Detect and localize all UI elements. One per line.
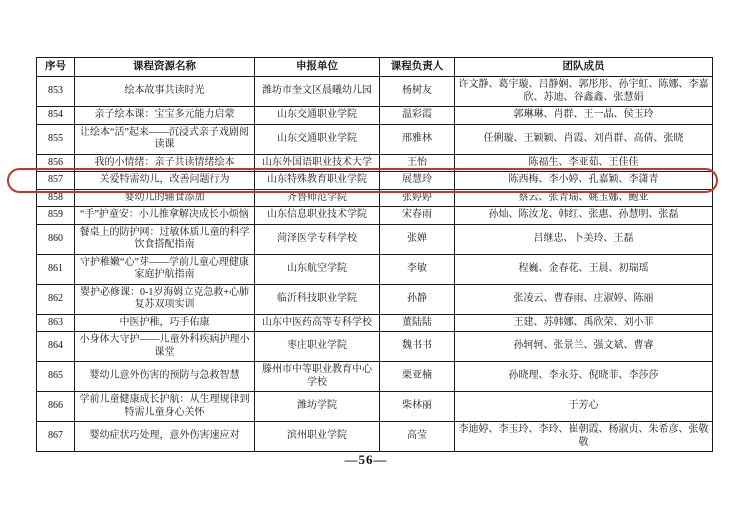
cell-course-leader: 栗亚楠 bbox=[380, 362, 455, 392]
cell-course-name: 绘本故事共读时光 bbox=[75, 77, 255, 107]
cell-course-name: 餐桌上的防护网：过敏体质儿童的科学饮食搭配指南 bbox=[75, 224, 255, 254]
cell-course-name: “手”护童安：小儿推拿解决成长小烦恼 bbox=[75, 207, 255, 225]
cell-course-name: 守护稚嫩“心”芽——学前儿童心理健康家庭护航指南 bbox=[75, 254, 255, 284]
page-number: —56— bbox=[0, 452, 732, 468]
cell-serial-number: 853 bbox=[37, 77, 75, 107]
cell-team-members: 于芳心 bbox=[455, 392, 713, 422]
table-row: 867 婴幼症状巧处理，意外伤害速应对 滨州职业学院 高莹 李迪婷、李玉玲、李玲… bbox=[37, 422, 713, 452]
cell-course-leader: 温彩霞 bbox=[380, 107, 455, 125]
table-row: 853 绘本故事共读时光 潍坊市奎文区晨曦幼儿园 杨树友 许文静、葛宇璇、吕静娴… bbox=[37, 77, 713, 107]
table-row: 857 关爱特需幼儿，改善问题行为 山东特殊教育职业学院 展慧玲 陈西梅、李小婷… bbox=[37, 172, 713, 190]
cell-applicant-unit: 滨州职业学院 bbox=[255, 422, 380, 452]
cell-serial-number: 864 bbox=[37, 332, 75, 362]
table-row: 858 婴幼儿的辅食添加 齐鲁师范学院 张婷婷 蔡云、张青瑞、姚玉娜、鲍亚 bbox=[37, 189, 713, 207]
cell-serial-number: 862 bbox=[37, 284, 75, 314]
cell-serial-number: 854 bbox=[37, 107, 75, 125]
cell-applicant-unit: 山东信息职业技术学院 bbox=[255, 207, 380, 225]
cell-team-members: 蔡云、张青瑞、姚玉娜、鲍亚 bbox=[455, 189, 713, 207]
cell-applicant-unit: 山东航空学院 bbox=[255, 254, 380, 284]
cell-course-leader: 张婵 bbox=[380, 224, 455, 254]
cell-team-members: 郭琳琳、肖群、王一晶、侯玉玲 bbox=[455, 107, 713, 125]
cell-team-members: 许文静、葛宇璇、吕静娴、郭彤彤、孙宇虹、陈娜、李嘉欣、苏迪、谷鑫鑫、张慧娟 bbox=[455, 77, 713, 107]
cell-team-members: 程巍、金春花、王晨、初瑞瑶 bbox=[455, 254, 713, 284]
column-header: 课程资源名称 bbox=[75, 58, 255, 77]
cell-serial-number: 858 bbox=[37, 189, 75, 207]
table-row: 864 小身体大守护——儿童外科疾病护理小课堂 枣庄职业学院 魏书书 孙轲轲、张… bbox=[37, 332, 713, 362]
cell-serial-number: 857 bbox=[37, 172, 75, 190]
table-row: 866 学前儿童健康成长护航：从生理规律到特需儿童身心关怀 潍坊学院 柴林丽 于… bbox=[37, 392, 713, 422]
cell-course-name: 学前儿童健康成长护航：从生理规律到特需儿童身心关怀 bbox=[75, 392, 255, 422]
cell-course-leader: 李敏 bbox=[380, 254, 455, 284]
table-header-row: 序号课程资源名称申报单位课程负责人团队成员 bbox=[37, 58, 713, 77]
cell-course-name: 我的小情绪：亲子共读情绪绘本 bbox=[75, 154, 255, 172]
cell-applicant-unit: 山东交通职业学院 bbox=[255, 107, 380, 125]
cell-course-leader: 邢雅林 bbox=[380, 124, 455, 154]
cell-applicant-unit: 山东中医药高等专科学校 bbox=[255, 314, 380, 332]
cell-course-name: 关爱特需幼儿，改善问题行为 bbox=[75, 172, 255, 190]
column-header: 团队成员 bbox=[455, 58, 713, 77]
cell-applicant-unit: 齐鲁师范学院 bbox=[255, 189, 380, 207]
cell-course-leader: 魏书书 bbox=[380, 332, 455, 362]
column-header: 课程负责人 bbox=[380, 58, 455, 77]
cell-serial-number: 860 bbox=[37, 224, 75, 254]
cell-course-leader: 高莹 bbox=[380, 422, 455, 452]
table-row: 859 “手”护童安：小儿推拿解决成长小烦恼 山东信息职业技术学院 宋春雨 孙灿… bbox=[37, 207, 713, 225]
cell-course-name: 小身体大守护——儿童外科疾病护理小课堂 bbox=[75, 332, 255, 362]
cell-course-name: 让绘本“活”起来——沉浸式亲子戏剧阅读课 bbox=[75, 124, 255, 154]
cell-team-members: 张凌云、曹春雨、庄淑婷、陈丽 bbox=[455, 284, 713, 314]
cell-team-members: 孙灿、陈汝龙、韩红、张惠、孙慧明、张磊 bbox=[455, 207, 713, 225]
cell-serial-number: 863 bbox=[37, 314, 75, 332]
cell-course-name: 婴幼症状巧处理，意外伤害速应对 bbox=[75, 422, 255, 452]
cell-serial-number: 856 bbox=[37, 154, 75, 172]
cell-course-name: 婴幼儿的辅食添加 bbox=[75, 189, 255, 207]
cell-applicant-unit: 山东特殊教育职业学院 bbox=[255, 172, 380, 190]
cell-serial-number: 859 bbox=[37, 207, 75, 225]
cell-applicant-unit: 菏泽医学专科学校 bbox=[255, 224, 380, 254]
cell-applicant-unit: 枣庄职业学院 bbox=[255, 332, 380, 362]
cell-course-leader: 展慧玲 bbox=[380, 172, 455, 190]
column-header: 序号 bbox=[37, 58, 75, 77]
cell-course-name: 婴护必修课：0-1岁海姆立克急救+心肺复苏双项实训 bbox=[75, 284, 255, 314]
cell-applicant-unit: 潍坊市奎文区晨曦幼儿园 bbox=[255, 77, 380, 107]
cell-applicant-unit: 山东外国语职业技术大学 bbox=[255, 154, 380, 172]
cell-course-leader: 杨树友 bbox=[380, 77, 455, 107]
table-row: 862 婴护必修课：0-1岁海姆立克急救+心肺复苏双项实训 临沂科技职业学院 孙… bbox=[37, 284, 713, 314]
cell-team-members: 孙晓理、李永芬、倪晓菲、李莎莎 bbox=[455, 362, 713, 392]
cell-team-members: 李迪婷、李玉玲、李玲、崔朝霞、杨淑贞、朱希彦、张敬敬 bbox=[455, 422, 713, 452]
cell-serial-number: 867 bbox=[37, 422, 75, 452]
table-row: 856 我的小情绪：亲子共读情绪绘本 山东外国语职业技术大学 王怡 陈福生、李亚… bbox=[37, 154, 713, 172]
cell-course-leader: 柴林丽 bbox=[380, 392, 455, 422]
cell-course-name: 亲子绘本课：宝宝多元能力启蒙 bbox=[75, 107, 255, 125]
cell-course-name: 婴幼儿意外伤害的预防与急救智慧 bbox=[75, 362, 255, 392]
cell-team-members: 王建、苏韩娜、禹欣荣、刘小菲 bbox=[455, 314, 713, 332]
cell-applicant-unit: 山东交通职业学院 bbox=[255, 124, 380, 154]
cell-team-members: 陈西梅、李小婷、孔嘉颖、李潇青 bbox=[455, 172, 713, 190]
table-row: 860 餐桌上的防护网：过敏体质儿童的科学饮食搭配指南 菏泽医学专科学校 张婵 … bbox=[37, 224, 713, 254]
cell-applicant-unit: 滕州市中等职业教育中心学校 bbox=[255, 362, 380, 392]
cell-course-name: 中医护稚，巧手佑康 bbox=[75, 314, 255, 332]
cell-course-leader: 董陆陆 bbox=[380, 314, 455, 332]
table-row: 863 中医护稚，巧手佑康 山东中医药高等专科学校 董陆陆 王建、苏韩娜、禹欣荣… bbox=[37, 314, 713, 332]
cell-course-leader: 宋春雨 bbox=[380, 207, 455, 225]
table-row: 861 守护稚嫩“心”芽——学前儿童心理健康家庭护航指南 山东航空学院 李敏 程… bbox=[37, 254, 713, 284]
column-header: 申报单位 bbox=[255, 58, 380, 77]
table-row: 855 让绘本“活”起来——沉浸式亲子戏剧阅读课 山东交通职业学院 邢雅林 任俐… bbox=[37, 124, 713, 154]
cell-serial-number: 865 bbox=[37, 362, 75, 392]
cell-team-members: 陈福生、李亚茹、王佳佳 bbox=[455, 154, 713, 172]
cell-course-leader: 张婷婷 bbox=[380, 189, 455, 207]
cell-serial-number: 866 bbox=[37, 392, 75, 422]
cell-serial-number: 855 bbox=[37, 124, 75, 154]
table-row: 865 婴幼儿意外伤害的预防与急救智慧 滕州市中等职业教育中心学校 栗亚楠 孙晓… bbox=[37, 362, 713, 392]
cell-serial-number: 861 bbox=[37, 254, 75, 284]
cell-applicant-unit: 潍坊学院 bbox=[255, 392, 380, 422]
document-page: 序号课程资源名称申报单位课程负责人团队成员 853 绘本故事共读时光 潍坊市奎文… bbox=[0, 0, 732, 518]
table-row: 854 亲子绘本课：宝宝多元能力启蒙 山东交通职业学院 温彩霞 郭琳琳、肖群、王… bbox=[37, 107, 713, 125]
cell-course-leader: 王怡 bbox=[380, 154, 455, 172]
cell-team-members: 任俐璇、王颖颖、肖霞、刘肖群、高倩、张晓 bbox=[455, 124, 713, 154]
cell-applicant-unit: 临沂科技职业学院 bbox=[255, 284, 380, 314]
cell-team-members: 孙轲轲、张景兰、强文斌、曹睿 bbox=[455, 332, 713, 362]
course-resource-table: 序号课程资源名称申报单位课程负责人团队成员 853 绘本故事共读时光 潍坊市奎文… bbox=[36, 57, 713, 452]
cell-course-leader: 孙静 bbox=[380, 284, 455, 314]
cell-team-members: 吕继忠、卜美玲、王磊 bbox=[455, 224, 713, 254]
